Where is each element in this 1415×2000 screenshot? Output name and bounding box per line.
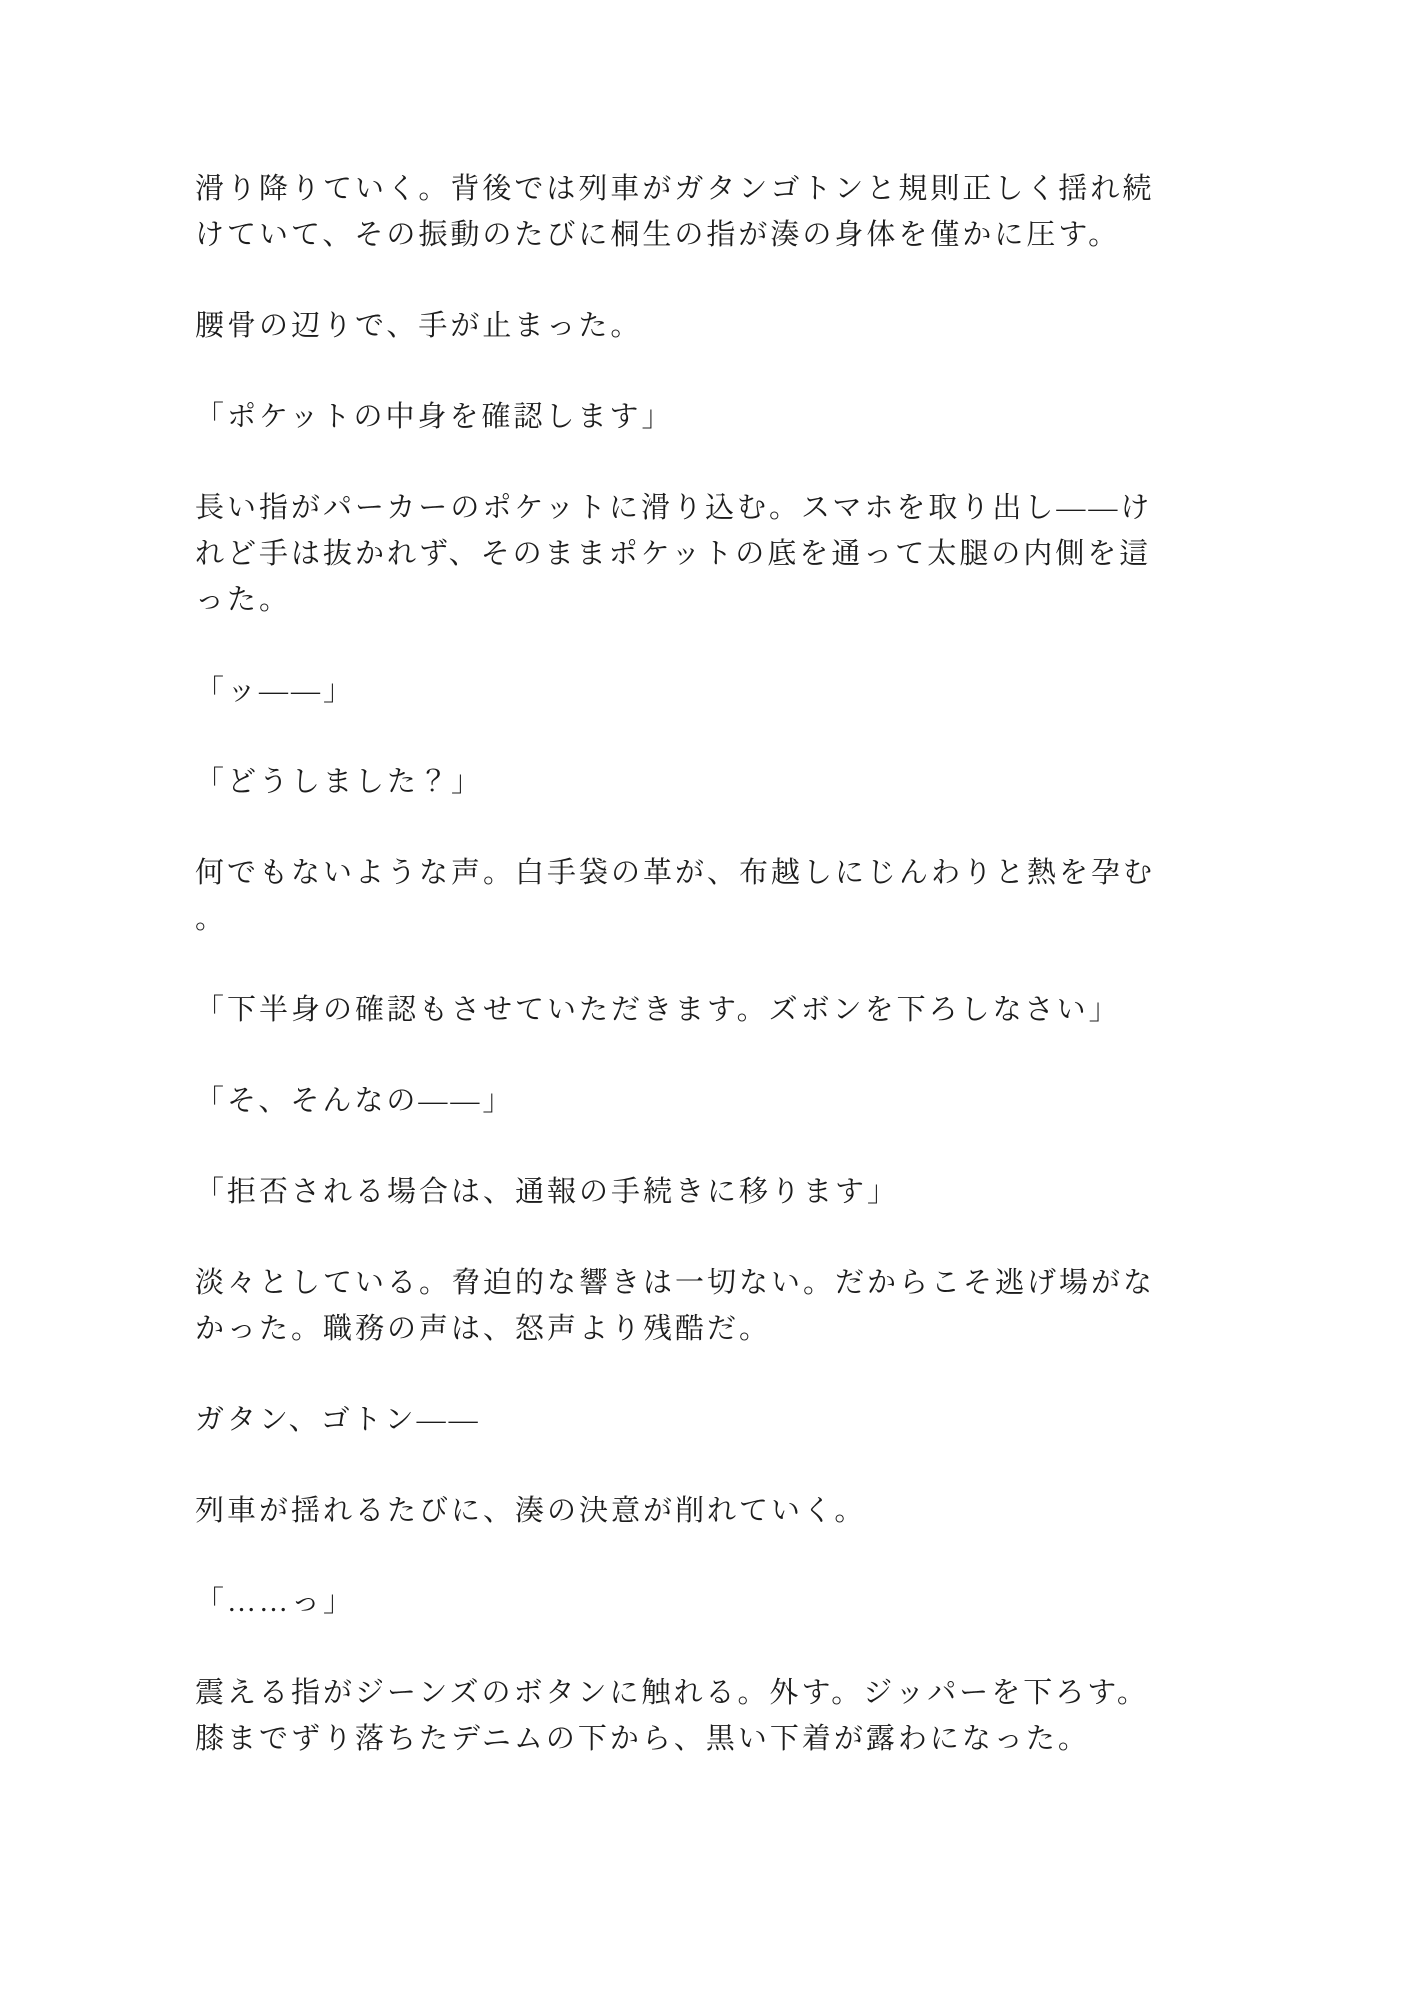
- paragraph-8-dialogue: 「下半身の確認もさせていただきます。ズボンを下ろしなさい」: [195, 987, 1195, 1033]
- paragraph-1: 滑り降りていく。背後では列車がガタンゴトンと規則正しく揺れ続 けていて、その振動…: [195, 166, 1195, 258]
- paragraph-5-dialogue: 「ッ——」: [195, 668, 1195, 714]
- paragraph-4: 長い指がパーカーのポケットに滑り込む。スマホを取り出し——け れど手は抜かれず、…: [195, 485, 1195, 623]
- paragraph-10-dialogue: 「拒否される場合は、通報の手続きに移ります」: [195, 1169, 1195, 1215]
- paragraph-2: 腰骨の辺りで、手が止まった。: [195, 303, 1195, 349]
- paragraph-9-dialogue: 「そ、そんなの——」: [195, 1078, 1195, 1124]
- text-content: 滑り降りていく。背後では列車がガタンゴトンと規則正しく揺れ続 けていて、その振動…: [195, 166, 1195, 1762]
- paragraph-3-dialogue: 「ポケットの中身を確認します」: [195, 394, 1195, 440]
- paragraph-6-dialogue: 「どうしました？」: [195, 759, 1195, 805]
- paragraph-13: 列車が揺れるたびに、湊の決意が削れていく。: [195, 1488, 1195, 1534]
- paragraph-12: ガタン、ゴトン——: [195, 1397, 1195, 1443]
- paragraph-14-dialogue: 「……っ」: [195, 1579, 1195, 1625]
- paragraph-15: 震える指がジーンズのボタンに触れる。外す。ジッパーを下ろす。 膝までずり落ちたデ…: [195, 1670, 1195, 1762]
- paragraph-11: 淡々としている。脅迫的な響きは一切ない。だからこそ逃げ場がな かった。職務の声は…: [195, 1260, 1195, 1352]
- novel-page: 滑り降りていく。背後では列車がガタンゴトンと規則正しく揺れ続 けていて、その振動…: [0, 0, 1415, 2000]
- paragraph-7: 何でもないような声。白手袋の革が、布越しにじんわりと熱を孕む 。: [195, 850, 1195, 942]
